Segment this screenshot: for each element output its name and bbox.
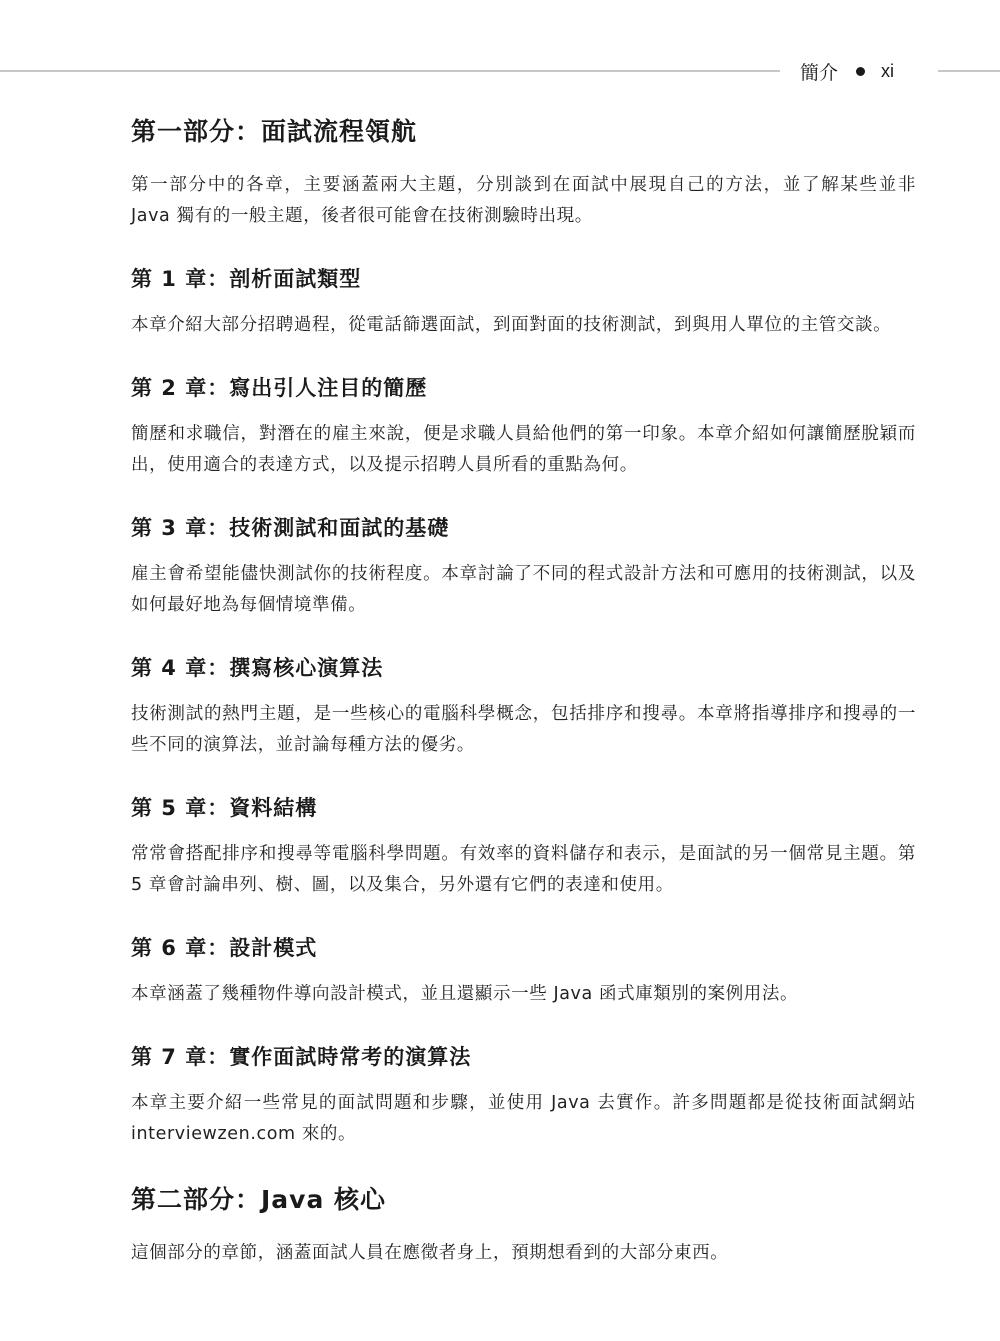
part-description: 第一部分中的各章，主要涵蓋兩大主題，分別談到在面試中展現自己的方法，並了解某些並…: [131, 170, 916, 232]
chapter-description: 技術測試的熱門主題，是一些核心的電腦科學概念，包括排序和搜尋。本章將指導排序和搜…: [131, 699, 916, 761]
chapter-2-section: 第 2 章：寫出引人注目的簡歷 簡歷和求職信，對潛在的雇主來說，便是求職人員給他…: [131, 371, 916, 481]
chapter-description: 常常會搭配排序和搜尋等電腦科學問題。有效率的資料儲存和表示，是面試的另一個常見主…: [131, 839, 916, 901]
chapter-title: 第 6 章：設計模式: [131, 931, 916, 965]
header-rule-right: [938, 70, 1000, 72]
running-head: 簡介 xi: [800, 58, 894, 84]
chapter-description: 雇主會希望能儘快測試你的技術程度。本章討論了不同的程式設計方法和可應用的技術測試…: [131, 559, 916, 621]
part-2-section: 第二部分：Java 核心 這個部分的章節，涵蓋面試人員在應徵者身上，預期想看到的…: [131, 1180, 916, 1269]
chapter-description: 本章涵蓋了幾種物件導向設計模式，並且還顯示一些 Java 函式庫類別的案例用法。: [131, 979, 916, 1010]
part-1-section: 第一部分：面試流程領航 第一部分中的各章，主要涵蓋兩大主題，分別談到在面試中展現…: [131, 112, 916, 232]
chapter-title: 第 2 章：寫出引人注目的簡歷: [131, 371, 916, 405]
header-rule-left: [0, 70, 780, 72]
running-head-section: 簡介: [800, 58, 838, 85]
chapter-7-section: 第 7 章：實作面試時常考的演算法 本章主要介紹一些常見的面試問題和步驟，並使用…: [131, 1040, 916, 1150]
bullet-icon: [856, 67, 865, 76]
chapter-title: 第 5 章：資料結構: [131, 791, 916, 825]
page-content: 第一部分：面試流程領航 第一部分中的各章，主要涵蓋兩大主題，分別談到在面試中展現…: [131, 112, 916, 1299]
chapter-6-section: 第 6 章：設計模式 本章涵蓋了幾種物件導向設計模式，並且還顯示一些 Java …: [131, 931, 916, 1010]
part-title: 第二部分：Java 核心: [131, 1180, 916, 1220]
part-description: 這個部分的章節，涵蓋面試人員在應徵者身上，預期想看到的大部分東西。: [131, 1238, 916, 1269]
chapter-title: 第 4 章：撰寫核心演算法: [131, 651, 916, 685]
chapter-4-section: 第 4 章：撰寫核心演算法 技術測試的熱門主題，是一些核心的電腦科學概念，包括排…: [131, 651, 916, 761]
chapter-3-section: 第 3 章：技術測試和面試的基礎 雇主會希望能儘快測試你的技術程度。本章討論了不…: [131, 511, 916, 621]
chapter-1-section: 第 1 章：剖析面試類型 本章介紹大部分招聘過程，從電話篩選面試，到面對面的技術…: [131, 262, 916, 341]
chapter-description: 簡歷和求職信，對潛在的雇主來說，便是求職人員給他們的第一印象。本章介紹如何讓簡歷…: [131, 419, 916, 481]
chapter-5-section: 第 5 章：資料結構 常常會搭配排序和搜尋等電腦科學問題。有效率的資料儲存和表示…: [131, 791, 916, 901]
chapter-description: 本章主要介紹一些常見的面試問題和步驟，並使用 Java 去實作。許多問題都是從技…: [131, 1088, 916, 1150]
chapter-title: 第 7 章：實作面試時常考的演算法: [131, 1040, 916, 1074]
page-number: xi: [881, 61, 894, 82]
chapter-title: 第 3 章：技術測試和面試的基礎: [131, 511, 916, 545]
part-title: 第一部分：面試流程領航: [131, 112, 916, 152]
chapter-title: 第 1 章：剖析面試類型: [131, 262, 916, 296]
chapter-description: 本章介紹大部分招聘過程，從電話篩選面試，到面對面的技術測試，到與用人單位的主管交…: [131, 310, 916, 341]
